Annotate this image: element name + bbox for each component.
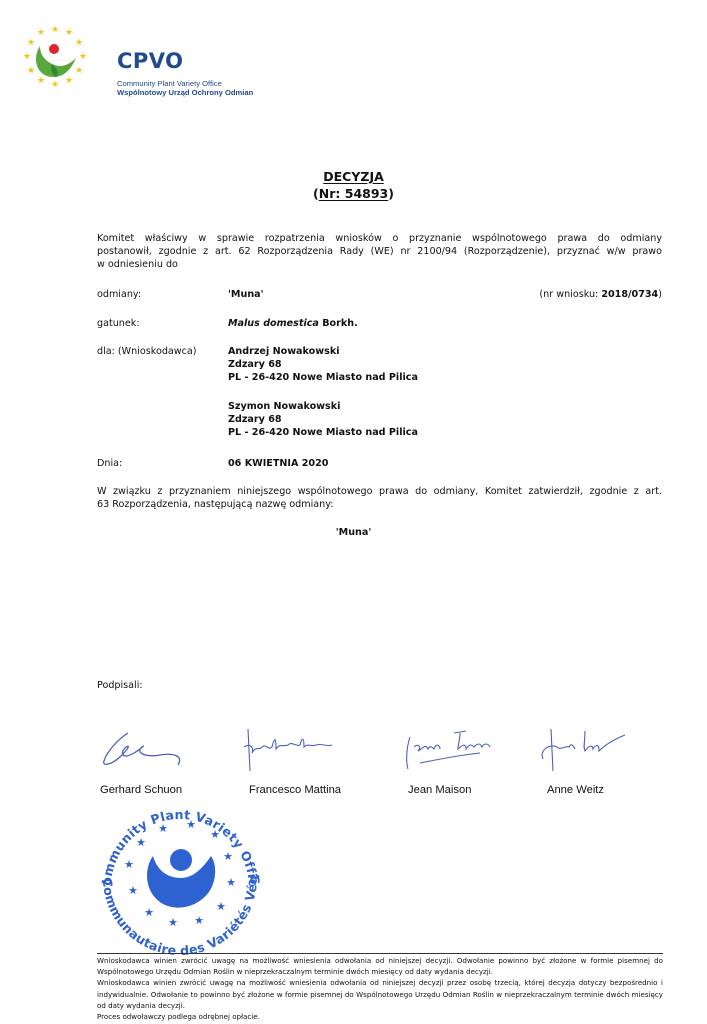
- svg-text:★: ★: [216, 900, 226, 913]
- svg-text:★: ★: [158, 822, 168, 835]
- svg-text:★: ★: [27, 38, 35, 48]
- svg-text:★: ★: [124, 858, 134, 871]
- document-title: DECYZJA (Nr: 54893): [0, 168, 707, 202]
- svg-text:★: ★: [226, 876, 236, 889]
- svg-text:•: •: [255, 872, 261, 883]
- approved-denomination: 'Muna': [0, 527, 707, 538]
- applicant-1: Andrzej Nowakowski Zdzary 68 PL - 26-420…: [228, 345, 418, 384]
- cpvo-stamp-icon: Community Plant Variety Office Office Co…: [91, 800, 269, 958]
- appeal-notice-2: Wnioskodawca winien zwrócić uwagę na moż…: [97, 977, 663, 1011]
- signer-name-1: Gerhard Schuon: [100, 784, 182, 796]
- svg-text:★: ★: [75, 38, 83, 48]
- variety-value: 'Muna': [228, 288, 264, 301]
- signature-icon: [535, 725, 635, 775]
- svg-text:★: ★: [194, 914, 204, 927]
- svg-text:★: ★: [223, 850, 233, 863]
- applicant-2: Szymon Nowakowski Zdzary 68 PL - 26-420 …: [228, 400, 418, 439]
- signature-mattina: [240, 725, 350, 775]
- species-value: Malus domestica Borkh.: [228, 317, 358, 330]
- svg-text:★: ★: [144, 906, 154, 919]
- intro-paragraph: Komitet właściwy w sprawie rozpatrzenia …: [97, 232, 662, 271]
- signer-name-3: Jean Maison: [408, 784, 471, 796]
- svg-text:•: •: [100, 877, 106, 888]
- svg-text:★: ★: [27, 66, 35, 76]
- svg-text:★: ★: [75, 66, 83, 76]
- appeal-notice-1: Wnioskodawca winien zwrócić uwagę na moż…: [97, 955, 663, 977]
- svg-text:★: ★: [65, 76, 73, 86]
- applicant-label: dla: (Wnioskodawca): [97, 345, 197, 358]
- appeal-notice: Wnioskodawca winien zwrócić uwagę na moż…: [97, 955, 663, 1022]
- signature-maison: [400, 725, 500, 775]
- application-number: (nr wniosku: 2018/0734): [539, 288, 662, 301]
- signature-icon: [240, 725, 350, 775]
- date-value: 06 KWIETNIA 2020: [228, 457, 328, 470]
- svg-text:★: ★: [210, 828, 220, 841]
- footer-divider: [97, 953, 663, 954]
- cpvo-emblem-icon: ★ ★ ★ ★ ★ ★ ★ ★ ★ ★ ★ ★: [20, 22, 96, 98]
- logo-name-pl: Wspólnotowy Urząd Ochrony Odmian: [117, 89, 253, 98]
- signature-weitz: [535, 725, 635, 775]
- signature-schuon: [100, 725, 200, 775]
- svg-text:★: ★: [37, 28, 45, 38]
- signer-name-4: Anne Weitz: [547, 784, 604, 796]
- denomination-paragraph: W związku z przyznaniem niniejszego wspó…: [97, 485, 662, 511]
- svg-text:★: ★: [51, 80, 59, 90]
- svg-text:★: ★: [136, 836, 146, 849]
- signature-icon: [400, 725, 500, 775]
- species-label: gatunek:: [97, 317, 140, 330]
- appeal-fee-notice: Proces odwoławczy podlega odrębnej opłac…: [97, 1011, 663, 1022]
- svg-text:★: ★: [37, 76, 45, 86]
- date-label: Dnia:: [97, 457, 122, 470]
- svg-text:★: ★: [168, 916, 178, 929]
- decision-number: Nr: 54893: [319, 186, 388, 201]
- svg-text:Community Plant Variety Office: Community Plant Variety Office: [91, 800, 261, 887]
- title-decision: DECYZJA: [323, 169, 384, 184]
- svg-text:★: ★: [51, 25, 59, 35]
- svg-text:★: ★: [128, 884, 138, 897]
- signer-name-2: Francesco Mattina: [249, 784, 341, 796]
- logo-acronym: CPVO: [117, 51, 253, 72]
- signed-label: Podpisali:: [97, 680, 143, 691]
- signature-icon: [100, 725, 200, 775]
- svg-text:★: ★: [65, 28, 73, 38]
- variety-label: odmiany:: [97, 288, 141, 301]
- svg-text:★: ★: [79, 52, 87, 62]
- svg-text:★: ★: [186, 818, 196, 831]
- svg-text:★: ★: [23, 52, 31, 62]
- cpvo-logo: ★ ★ ★ ★ ★ ★ ★ ★ ★ ★ ★ ★ CPVO Community P…: [20, 22, 260, 102]
